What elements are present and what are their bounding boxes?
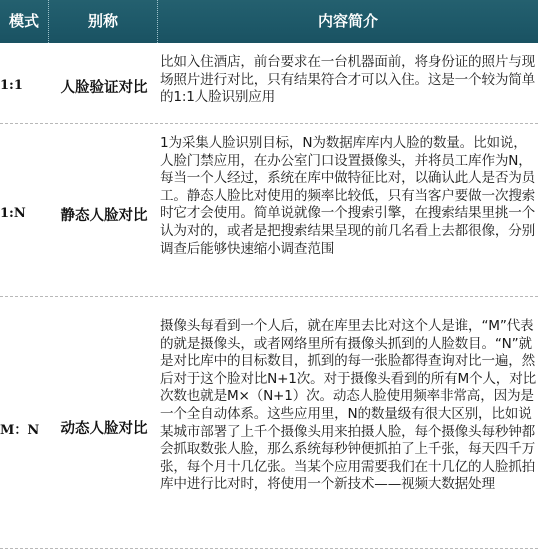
header-mode: 模式 (0, 0, 48, 43)
alias-cell: 人脸验证对比 (50, 76, 158, 97)
table-row: M：N 动态人脸对比 摄像头每看到一个人后，就在库里去比对这个人是谁，“M”代表… (0, 297, 538, 548)
header-alias: 别称 (49, 0, 157, 43)
row-separator (0, 548, 538, 549)
alias-cell: 静态人脸对比 (50, 204, 158, 225)
mode-cell: 1:1 (0, 78, 48, 93)
description-cell: 比如入住酒店，前台要求在一台机器面前，将身份证的照片与现场照片进行对比，只有结果… (160, 54, 536, 107)
mode-cell: 1:N (0, 206, 48, 221)
table-row: 1:N 静态人脸对比 1为采集人脸识别目标，N为数据库库内人脸的数量。比如说，人… (0, 124, 538, 296)
description-cell: 摄像头每看到一个人后，就在库里去比对这个人是谁，“M”代表的就是摄像头，或者网络… (160, 318, 536, 494)
description-cell: 1为采集人脸识别目标，N为数据库库内人脸的数量。比如说，人脸门禁应用，在办公室门… (160, 135, 536, 258)
table-header: 模式 别称 内容简介 (0, 0, 538, 43)
table-row: 1:1 人脸验证对比 比如入住酒店，前台要求在一台机器面前，将身份证的照片与现场… (0, 43, 538, 123)
alias-cell: 动态人脸对比 (50, 417, 158, 438)
header-description: 内容简介 (158, 0, 538, 43)
mode-cell: M：N (0, 419, 48, 438)
